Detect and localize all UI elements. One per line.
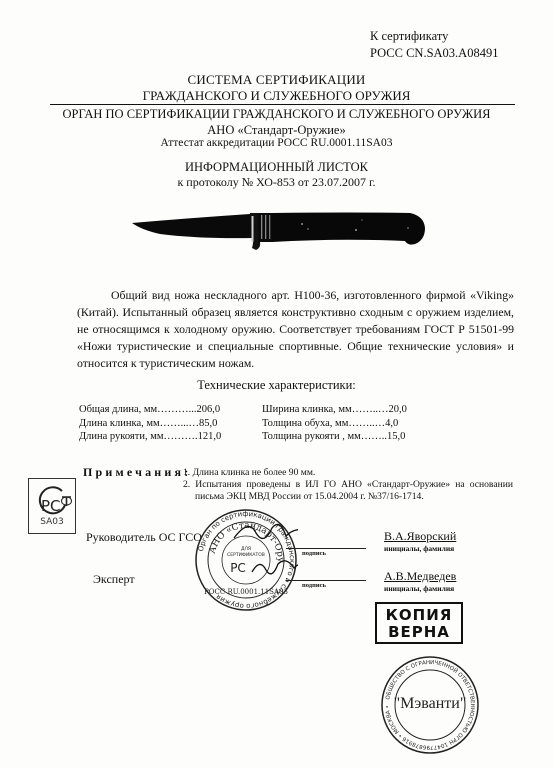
copy-certified-stamp: КОПИЯ ВЕРНА bbox=[375, 602, 463, 644]
spec-label: Длина рукояти, мм………. bbox=[79, 431, 198, 442]
svg-text:PC: PC bbox=[41, 497, 61, 515]
tech-specs-right: Ширина клинка, мм……..…20,0 Толщина обуха… bbox=[262, 403, 407, 444]
protocol-reference: к протоколу № ХО-853 от 23.07.2007 г. bbox=[0, 175, 553, 190]
spec-label: Толщина рукояти , мм…….. bbox=[262, 431, 387, 442]
notes-list: 1. Длина клинка не более 90 мм. 2. Испыт… bbox=[183, 467, 513, 503]
spec-value: 121,0 bbox=[198, 431, 222, 442]
spec-row: Длина клинка, мм……...…85,0 bbox=[79, 417, 221, 431]
tech-specs-title: Технические характеристики: bbox=[0, 378, 553, 393]
signer-name-caption: инициалы, фамилия bbox=[384, 584, 454, 593]
signature-line bbox=[286, 548, 366, 549]
spec-row: Толщина обуха, мм……..…4,0 bbox=[262, 417, 407, 431]
signer-role-expert: Эксперт bbox=[93, 572, 135, 587]
system-title-line1: СИСТЕМА СЕРТИФИКАЦИИ bbox=[0, 72, 553, 88]
note-item: 2. Испытания проведены в ИЛ ГО АНО «Стан… bbox=[183, 479, 513, 503]
system-title-line2: ГРАЖДАНСКОГО И СЛУЖЕБНОГО ОРУЖИЯ bbox=[0, 88, 553, 104]
company-name: "Мэванти" bbox=[380, 695, 480, 713]
spec-value: 85,0 bbox=[199, 418, 217, 429]
certificate-reference: К сертификату РОСС CN.SA03.A08491 bbox=[370, 28, 498, 62]
svg-text:ДЛЯ: ДЛЯ bbox=[241, 546, 251, 552]
signer-name-expert: А.В.Медведев bbox=[384, 569, 456, 584]
svg-text:PC: PC bbox=[230, 561, 246, 575]
company-seal-icon: ОБЩЕСТВО С ОГРАНИЧЕННОЙ ОТВЕТСТВЕННОСТЬЮ… bbox=[380, 655, 480, 760]
spec-value: 4,0 bbox=[385, 418, 398, 429]
info-sheet-title: ИНФОРМАЦИОННЫЙ ЛИСТОК bbox=[0, 160, 553, 175]
organization-name: АНО «Стандарт-Оружие» bbox=[0, 123, 553, 138]
certification-body-stamp-icon: Орган по сертификации гражданского и слу… bbox=[194, 508, 298, 617]
certification-body: ОРГАН ПО СЕРТИФИКАЦИИ ГРАЖДАНСКОГО И СЛУ… bbox=[0, 107, 553, 122]
certificate-ref-line1: К сертификату bbox=[370, 28, 498, 45]
knife-photo-icon bbox=[130, 208, 430, 265]
description-text: Общий вид ножа нескладного арт. Н100-36,… bbox=[77, 287, 514, 372]
signature-label: подпись bbox=[302, 550, 326, 557]
signature-label: подпись bbox=[302, 582, 326, 589]
notes-label: Примечания: bbox=[83, 465, 191, 480]
spec-value: 206,0 bbox=[197, 404, 221, 415]
svg-text:РОСС RU.0001.11SA03: РОСС RU.0001.11SA03 bbox=[204, 588, 288, 596]
signer-role-head: Руководитель ОС ГСО bbox=[86, 530, 202, 545]
certificate-ref-number: РОСС CN.SA03.A08491 bbox=[370, 45, 498, 62]
svg-text:СЕРТИФИКАТОВ: СЕРТИФИКАТОВ bbox=[227, 552, 265, 558]
signature-line bbox=[286, 580, 366, 581]
spec-label: Ширина клинка, мм……..… bbox=[262, 404, 388, 415]
header-divider bbox=[50, 104, 515, 105]
spec-row: Общая длина, мм………...206,0 bbox=[79, 403, 221, 417]
accreditation: Аттестат аккредитации РОСС RU.0001.11SA0… bbox=[0, 137, 553, 149]
copy-stamp-line2: ВЕРНА bbox=[377, 624, 461, 641]
spec-label: Длина клинка, мм……...… bbox=[79, 418, 199, 429]
spec-row: Длина рукояти, мм……….121,0 bbox=[79, 430, 221, 444]
rst-code: SA03 bbox=[29, 517, 75, 527]
note-item: 1. Длина клинка не более 90 мм. bbox=[183, 467, 513, 479]
spec-value: 15,0 bbox=[387, 431, 405, 442]
spec-row: Толщина рукояти , мм……..15,0 bbox=[262, 430, 407, 444]
signer-name-head: В.А.Яворский bbox=[384, 529, 456, 544]
spec-label: Общая длина, мм………... bbox=[79, 404, 197, 415]
knife-description: Общий вид ножа нескладного арт. Н100-36,… bbox=[77, 287, 514, 372]
rst-certification-mark-icon: PC SA03 bbox=[28, 478, 76, 534]
copy-stamp-line1: КОПИЯ bbox=[377, 607, 461, 624]
tech-specs-left: Общая длина, мм………...206,0 Длина клинка,… bbox=[79, 403, 221, 444]
spec-value: 20,0 bbox=[388, 404, 406, 415]
spec-row: Ширина клинка, мм……..…20,0 bbox=[262, 403, 407, 417]
spec-label: Толщина обуха, мм……..… bbox=[262, 418, 385, 429]
signer-name-caption: инициалы, фамилия bbox=[384, 544, 454, 553]
